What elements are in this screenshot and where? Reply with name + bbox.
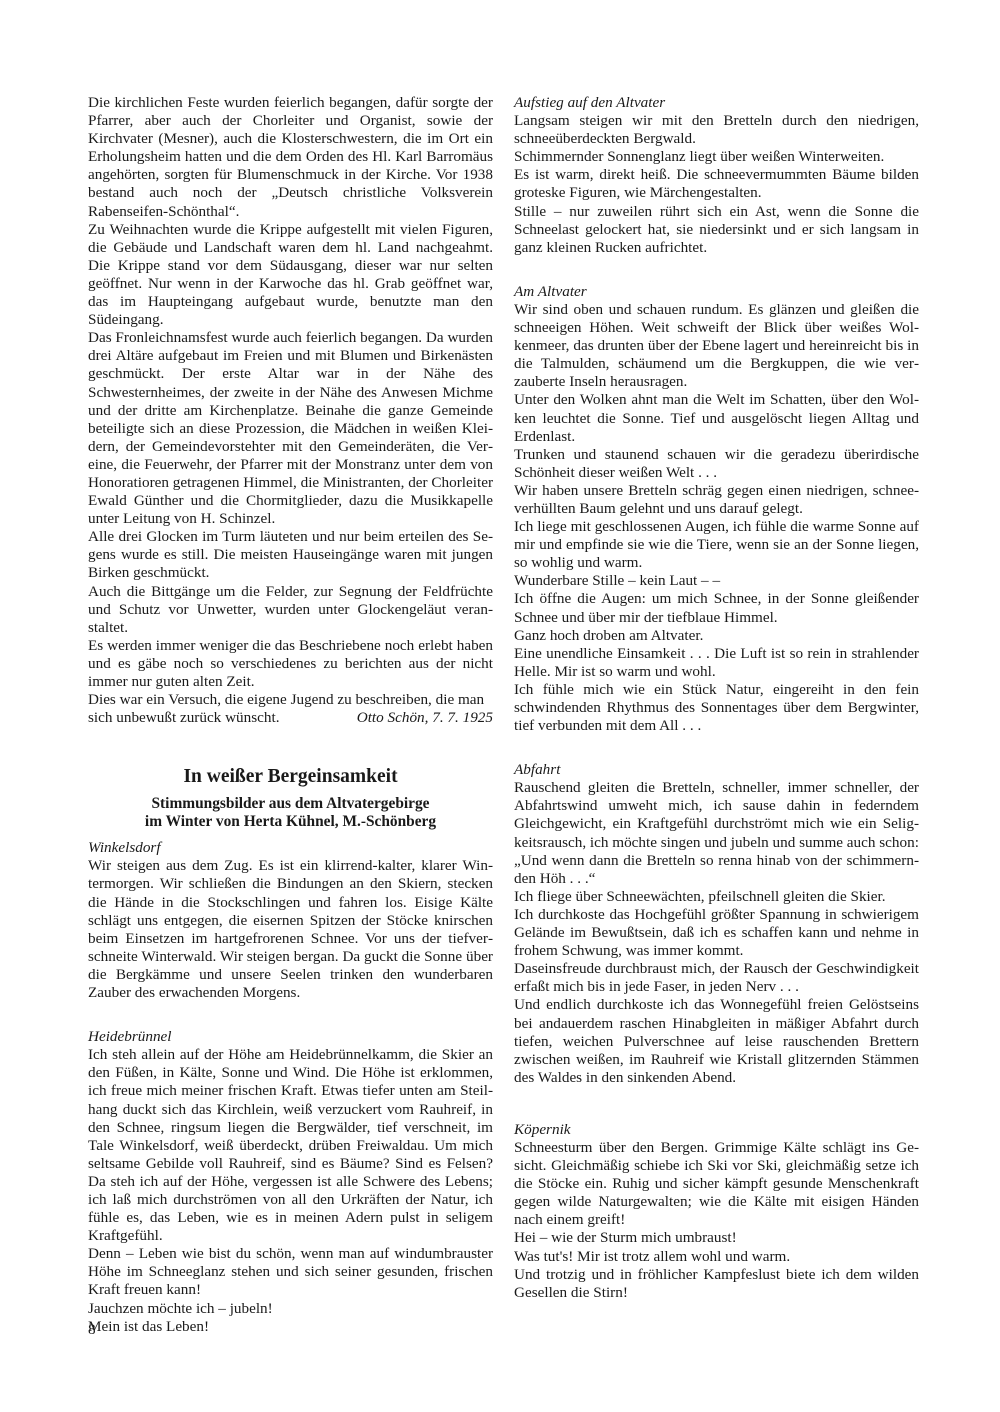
paragraph: Unter den Wolken ahnt man die Welt im Sc… [514, 391, 919, 445]
paragraph: Trunken und staunend schauen wir die ger… [514, 446, 919, 482]
paragraph: Wunderbare Stille – kein Laut – – [514, 572, 919, 590]
paragraph: Wir sind oben und schauen rundum. Es glä… [514, 301, 919, 391]
section-winkelsdorf: Winkelsdorf Wir steigen aus dem Zug. Es … [88, 839, 493, 1002]
paragraph: Ich fliege über Schneewächten, pfeilschn… [514, 888, 919, 906]
section-heading: Heidebrünnel [88, 1028, 493, 1046]
section-heading: Abfahrt [514, 761, 919, 779]
paragraph: Ich fühle mich wie ein Stück Natur, eing… [514, 681, 919, 735]
paragraph: Zu Weihnachten wurde die Krippe aufgeste… [88, 221, 493, 330]
signature-line: sich unbewußt zurück wünscht. Otto Schön… [88, 709, 493, 727]
paragraph: Ich liege mit geschlossenen Augen, ich f… [514, 518, 919, 572]
section-heading: Am Altvater [514, 283, 919, 301]
closing-text: sich unbewußt zurück wünscht. [88, 709, 280, 727]
paragraph: Was tut's! Mir ist trotz allem wohl und … [514, 1248, 919, 1266]
paragraph: Und trotzig und in fröhlicher Kampfeslus… [514, 1266, 919, 1302]
article: In weißer Bergeinsamkeit Stimmungsbilder… [88, 765, 493, 1335]
paragraph: Hei – wie der Sturm mich umbraust! [514, 1229, 919, 1247]
section-heading: Köpernik [514, 1121, 919, 1139]
paragraph: Ich durchkoste das Hochgefühl größter Sp… [514, 906, 919, 960]
previous-article-body: Die kirchlichen Feste wurden feierlich b… [88, 94, 493, 727]
paragraph: „Und wenn dann die Bretteln so renna hin… [514, 852, 919, 888]
paragraph: Es ist warm, direkt heiß. Die schneeverm… [514, 166, 919, 202]
paragraph: Schneesturm über den Bergen. Grimmige Kä… [514, 1139, 919, 1229]
author-signature: Otto Schön, 7. 7. 1925 [357, 709, 493, 727]
article-title: In weißer Bergeinsamkeit [88, 765, 493, 789]
paragraph: Ich steh allein auf der Höhe am Heidebrü… [88, 1046, 493, 1245]
left-column: Die kirchlichen Feste wurden feierlich b… [88, 94, 493, 1336]
section-heading: Winkelsdorf [88, 839, 493, 857]
paragraph: Wir steigen aus dem Zug. Es ist ein klir… [88, 857, 493, 1002]
right-column: Aufstieg auf den Altvater Langsam steige… [514, 94, 919, 1302]
paragraph: Mein ist das Leben! [88, 1318, 493, 1336]
section-koepernik: Köpernik Schneesturm über den Bergen. Gr… [514, 1121, 919, 1302]
section-aufstieg: Aufstieg auf den Altvater Langsam steige… [514, 94, 919, 257]
section-am-altvater: Am Altvater Wir sind oben und schauen ru… [514, 283, 919, 735]
section-heidebruennel: Heidebrünnel Ich steh allein auf der Höh… [88, 1028, 493, 1336]
paragraph: Alle drei Glocken im Turm läuteten und n… [88, 528, 493, 582]
subtitle-line: Stimmungsbilder aus dem Altvatergebirge [88, 795, 493, 813]
paragraph: Langsam steigen wir mit den Bretteln dur… [514, 112, 919, 148]
subtitle-line: im Winter von Herta Kühnel, M.-Schönberg [88, 813, 493, 831]
article-subtitle: Stimmungsbilder aus dem Altvatergebirge … [88, 795, 493, 831]
paragraph: Es werden immer weniger die das Beschrie… [88, 637, 493, 691]
paragraph: Das Fronleichnamsfest wurde auch feierli… [88, 329, 493, 528]
paragraph: Ich öffne die Augen: um mich Schnee, in … [514, 590, 919, 626]
paragraph: Dies war ein Versuch, die eigene Jugend … [88, 691, 493, 709]
paragraph: Schimmernder Sonnenglanz liegt über weiß… [514, 148, 919, 166]
paragraph: Eine unendliche Einsamkeit . . . Die Luf… [514, 645, 919, 681]
paragraph: Wir haben unsere Bretteln schräg gegen e… [514, 482, 919, 518]
paragraph: Ganz hoch droben am Altvater. [514, 627, 919, 645]
paragraph: Daseinsfreude durchbraust mich, der Raus… [514, 960, 919, 996]
paragraph: Und endlich durchkoste ich das Wonnegefü… [514, 996, 919, 1086]
page-number: 8 [88, 1321, 96, 1339]
section-abfahrt: Abfahrt Rauschend gleiten die Bretteln, … [514, 761, 919, 1087]
paragraph: Stille – nur zuweilen rührt sich ein Ast… [514, 203, 919, 257]
paragraph: Denn – Leben wie bist du schön, wenn man… [88, 1245, 493, 1299]
paragraph: Auch die Bittgänge um die Felder, zur Se… [88, 583, 493, 637]
paragraph: Die kirchlichen Feste wurden feierlich b… [88, 94, 493, 221]
section-heading: Aufstieg auf den Altvater [514, 94, 919, 112]
paragraph: Jauchzen möchte ich – jubeln! [88, 1300, 493, 1318]
paragraph: Rauschend gleiten die Bretteln, schnelle… [514, 779, 919, 851]
